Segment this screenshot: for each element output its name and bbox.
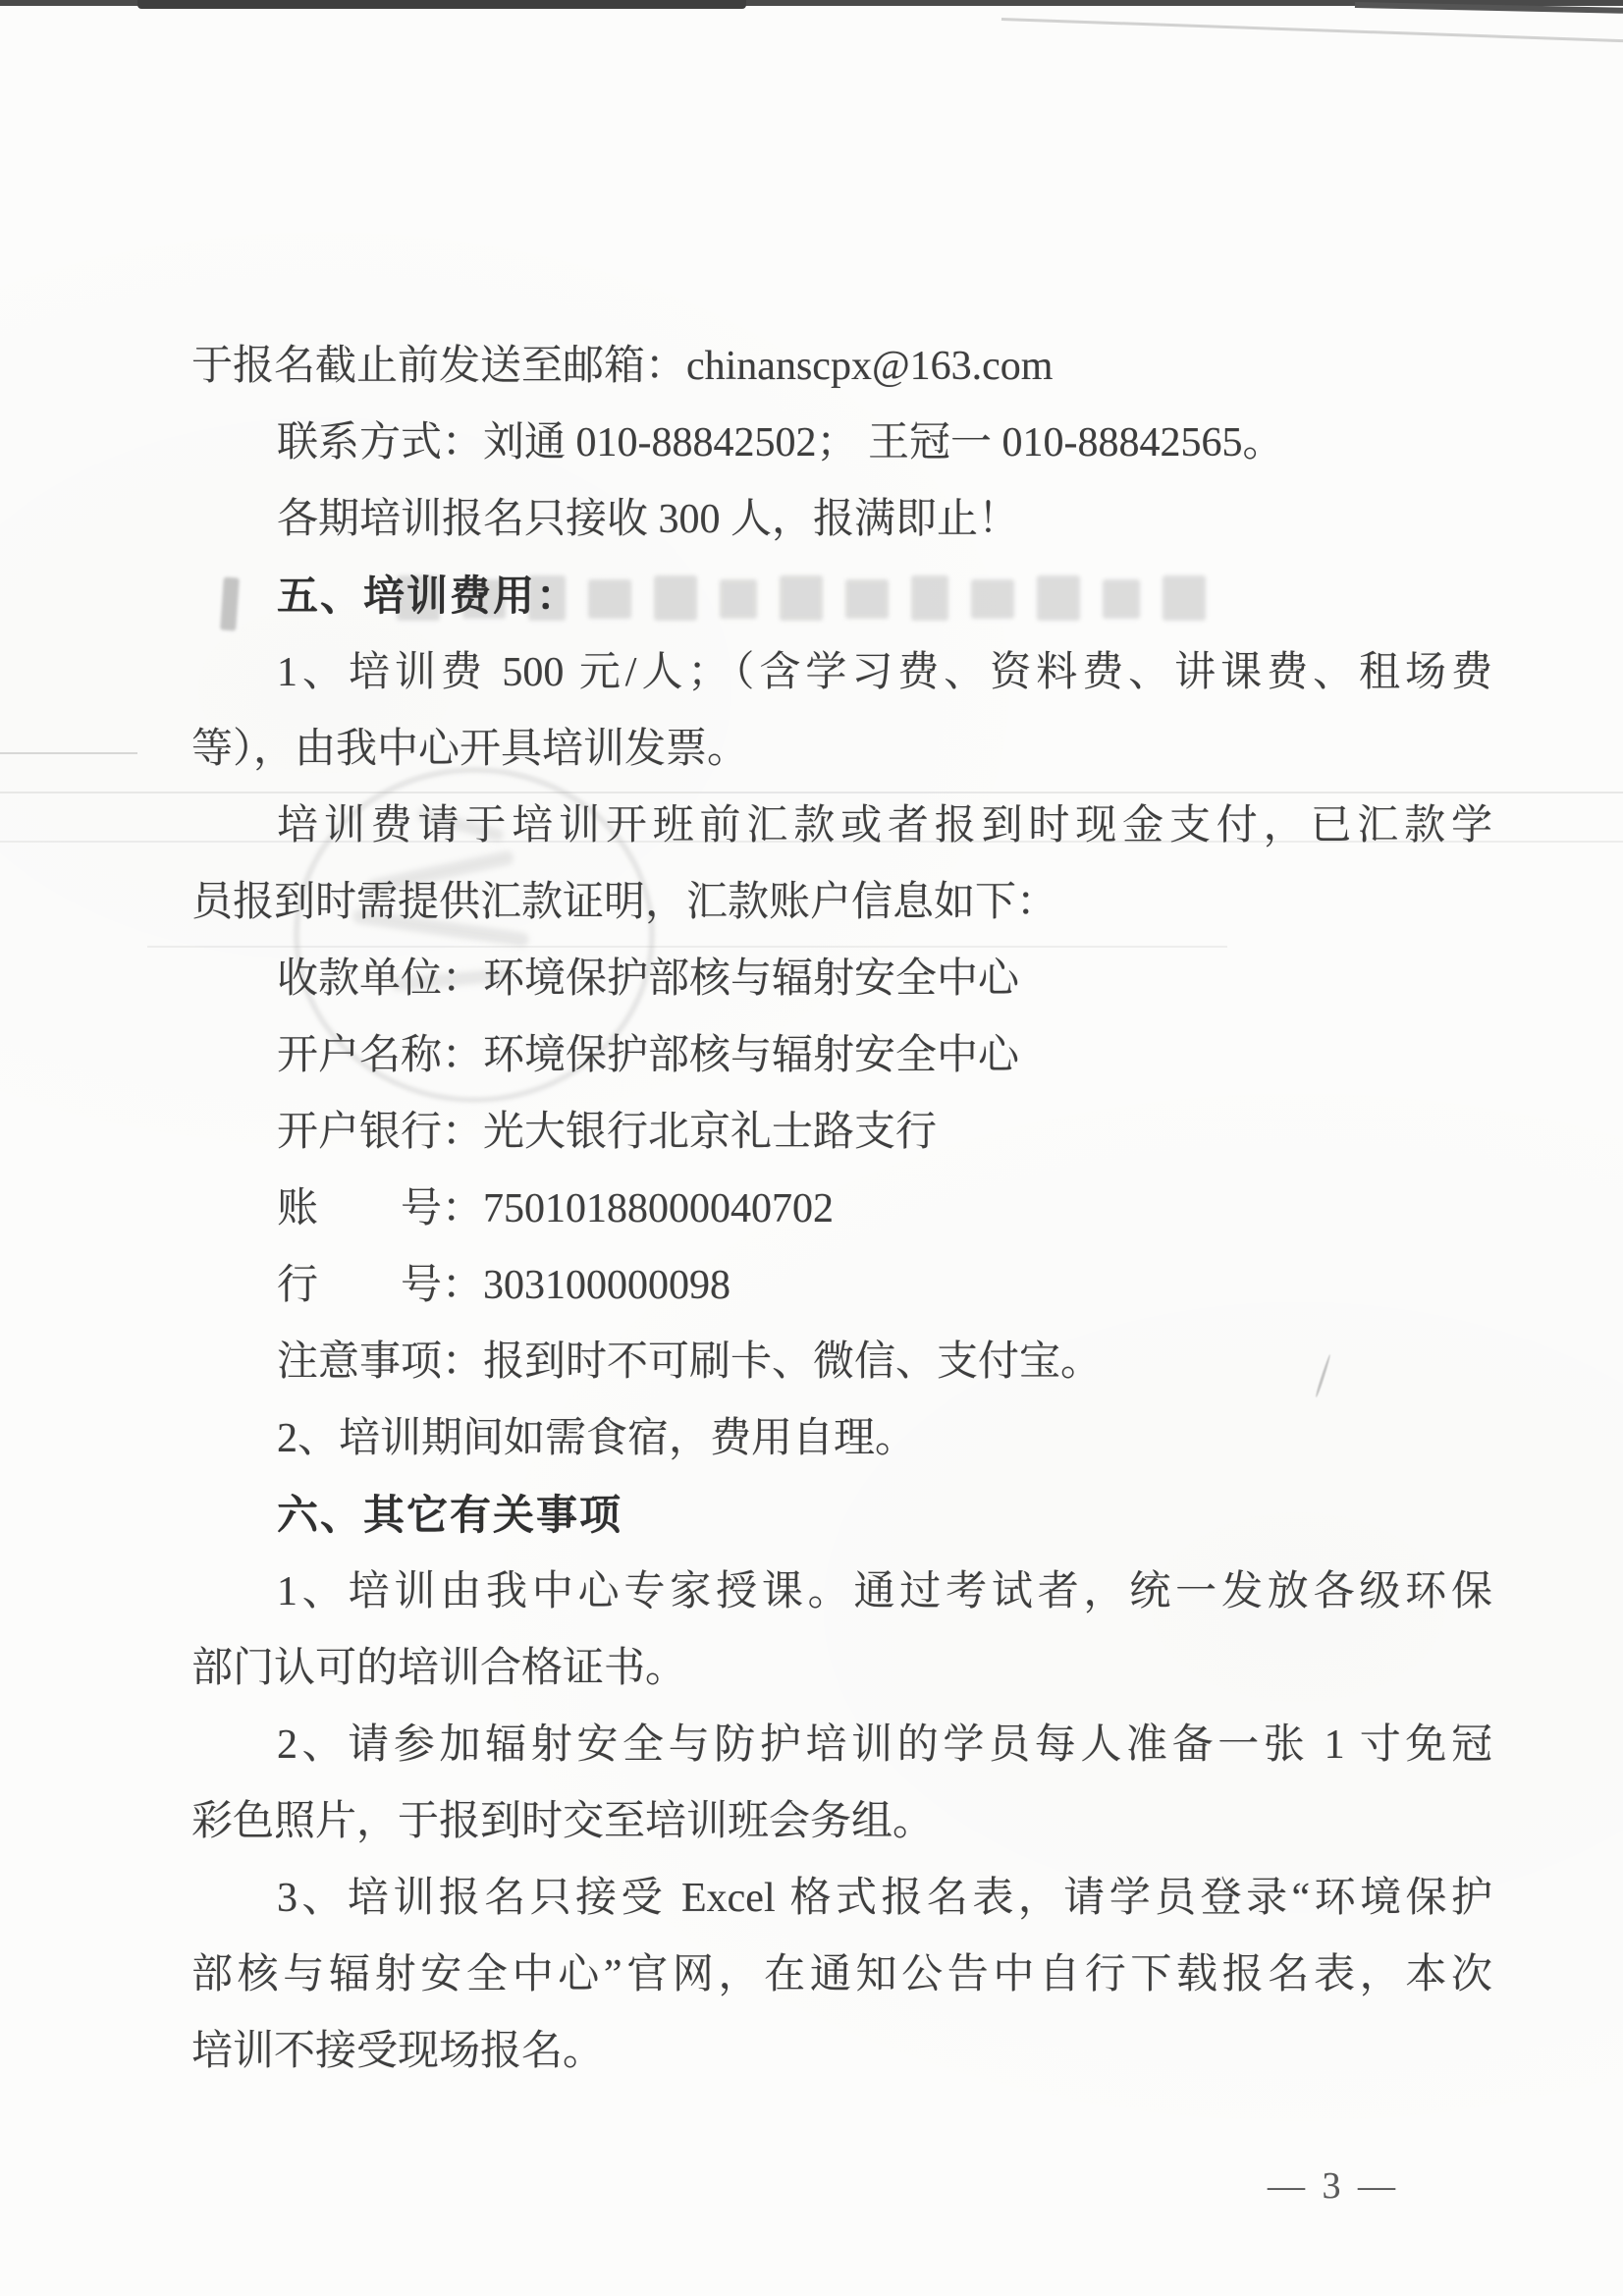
section-heading-6: 六、其它有关事项	[191, 1477, 1492, 1554]
doc-line: 联系方式：刘通 010-88842502； 王冠一 010-88842565。	[191, 405, 1492, 481]
scan-streak-top-right	[1001, 18, 1623, 42]
scanned-document-page: 于报名截止前发送至邮箱：chinanscpx@163.com 联系方式：刘通 0…	[0, 0, 1623, 2296]
doc-line: 3、培训报名只接受 Excel 格式报名表，请学员登录“环境保护	[191, 1860, 1492, 1937]
section-heading-5: 五、培训费用：	[191, 558, 1492, 634]
doc-line: 1、培训费 500 元/人；（含学习费、资料费、讲课费、租场费	[191, 634, 1492, 711]
account-name-line: 开户名称：环境保护部核与辐射安全中心	[191, 1017, 1492, 1094]
doc-line: 培训费请于培训开班前汇款或者报到时现金支付，已汇款学	[191, 788, 1492, 864]
doc-line: 彩色照片，于报到时交至培训班会务组。	[191, 1783, 1492, 1860]
account-number-line: 账 号：75010188000040702	[191, 1171, 1492, 1247]
document-body: 于报名截止前发送至邮箱：chinanscpx@163.com 联系方式：刘通 0…	[191, 328, 1492, 2090]
bank-number-line: 行 号：303100000098	[191, 1247, 1492, 1324]
payee-unit-line: 收款单位：环境保护部核与辐射安全中心	[191, 941, 1492, 1017]
scan-hairline	[0, 752, 137, 754]
doc-line: 各期培训报名只接收 300 人，报满即止！	[191, 481, 1492, 558]
bank-line: 开户银行：光大银行北京礼士路支行	[191, 1094, 1492, 1171]
doc-line: 2、请参加辐射安全与防护培训的学员每人准备一张 1 寸免冠	[191, 1707, 1492, 1783]
doc-line: 等），由我中心开具培训发票。	[191, 711, 1492, 788]
doc-line: 部核与辐射安全中心”官网，在通知公告中自行下载报名表，本次	[191, 1937, 1492, 2013]
doc-line: 培训不接受现场报名。	[191, 2013, 1492, 2090]
scanner-edge-top-thick	[137, 0, 746, 9]
doc-line: 员报到时需提供汇款证明，汇款账户信息如下：	[191, 864, 1492, 941]
doc-line: 部门认可的培训合格证书。	[191, 1630, 1492, 1707]
doc-line: 2、培训期间如需食宿，费用自理。	[191, 1400, 1492, 1477]
doc-line: 1、培训由我中心专家授课。通过考试者，统一发放各级环保	[191, 1554, 1492, 1630]
notice-line: 注意事项：报到时不可刷卡、微信、支付宝。	[191, 1324, 1492, 1400]
doc-line: 于报名截止前发送至邮箱：chinanscpx@163.com	[191, 328, 1492, 405]
page-number: — 3 —	[1268, 2164, 1399, 2208]
